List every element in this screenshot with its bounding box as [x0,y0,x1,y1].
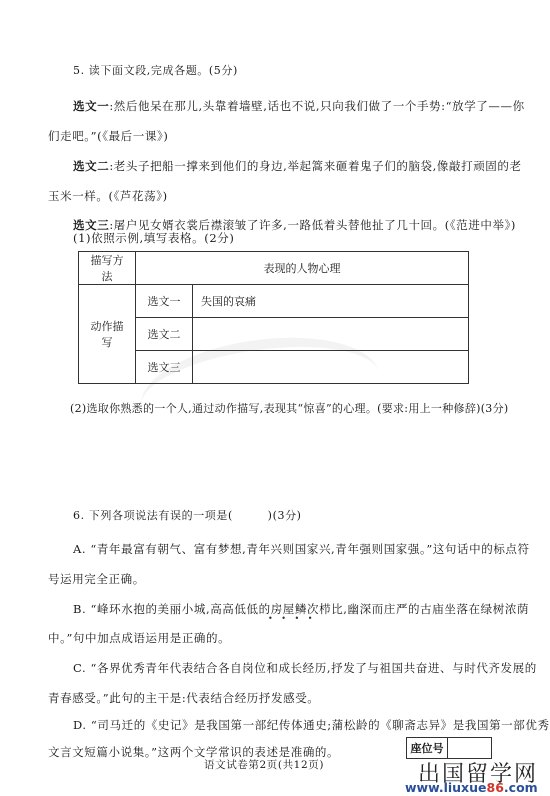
q6-option-c-line2: 青春感受。”此句的主干是:代表结合经历抒发感受。 [48,690,319,706]
excerpt1-text1: :然后他呆在那儿,头靠着墙壁,话也不说,只向我们做了一个手势:“放学了——你 [109,99,524,113]
url-suffix: .com [504,780,538,795]
q5-excerpt1-line2: 们走吧。”(《最后一课》) [48,128,168,144]
q6-option-c-line1: C. “各界优秀青年代表结合各自岗位和成长经历,抒发了与祖国共奋进、与时代齐发展… [73,660,537,676]
q5-excerpt1-line1: 选文一:然后他呆在那儿,头靠着墙壁,话也不说,只向我们做了一个手势:“放学了——… [73,98,525,114]
header-psychology: 表现的人物心理 [136,252,469,285]
table-row: 动作描写 选文一 失国的哀痛 [79,285,469,318]
table-row: 选文三 [79,351,469,384]
site-url: www.liuxue86.com [405,780,538,795]
q5-heading: 5. 读下面文段,完成各题。(5分) [73,62,238,78]
excerpt2-text1: :老头子把船一撑来到他们的身边,举起篙来砸着鬼子们的脑袋,像敲打顽固的老 [109,159,521,173]
excerpt2-label: 选文二 [73,159,109,173]
q6-option-a-line1: A. “青年最富有朝气、富有梦想,青年兴则国家兴,青年强则国家强。”这句话中的标… [73,541,530,557]
seat-number-field[interactable] [448,738,491,758]
q5-excerpt2-line2: 玉米一样。(《芦花荡》) [48,188,168,204]
table-header-row: 描写方法 表现的人物心理 [79,252,469,285]
url-prefix: www.liuxue [405,780,487,795]
q6-option-d-line1: D. “司马迁的《史记》是我国第一部纪传体通史;蒲松龄的《聊斋志异》是我国第一部… [73,717,550,733]
excerpt-cell: 选文一 [136,285,193,318]
header-method: 描写方法 [79,252,136,285]
q5-sub2: (2)选取你熟悉的一个人,通过动作描写,表现其“惊喜”的心理。(要求:用上一种修… [70,400,509,416]
description-table: 描写方法 表现的人物心理 动作描写 选文一 失国的哀痛 选文二 选文三 [78,251,469,384]
q6-heading: 6. 下列各项说法有误的一项是( )(3分) [73,507,302,523]
url-accent: 86 [487,780,504,795]
q5-excerpt2-line1: 选文二:老头子把船一撑来到他们的身边,举起篙来砸着鬼子们的脑袋,像敲打顽固的老 [73,158,522,174]
excerpt1-label: 选文一 [73,99,109,113]
psychology-cell: 失国的哀痛 [193,285,469,318]
table-row: 选文二 [79,318,469,351]
seat-number-box: 座位号 [406,737,492,759]
emphasis-dots: • • • • [268,614,316,623]
excerpt-cell: 选文三 [136,351,193,384]
q5-sub1-text: (1)依照示例,填写表格。(2分) [73,230,234,246]
page-info: 语文试卷第2页(共12页) [204,757,324,772]
psychology-answer-cell[interactable] [193,351,469,384]
q6-option-b-line2: 中。”句中加点成语运用是正确的。 [48,630,230,646]
excerpt-cell: 选文二 [136,318,193,351]
seat-label: 座位号 [407,738,448,758]
psychology-answer-cell[interactable] [193,318,469,351]
q6-option-a-line2: 号运用完全正确。 [48,571,145,587]
method-cell: 动作描写 [79,285,136,384]
